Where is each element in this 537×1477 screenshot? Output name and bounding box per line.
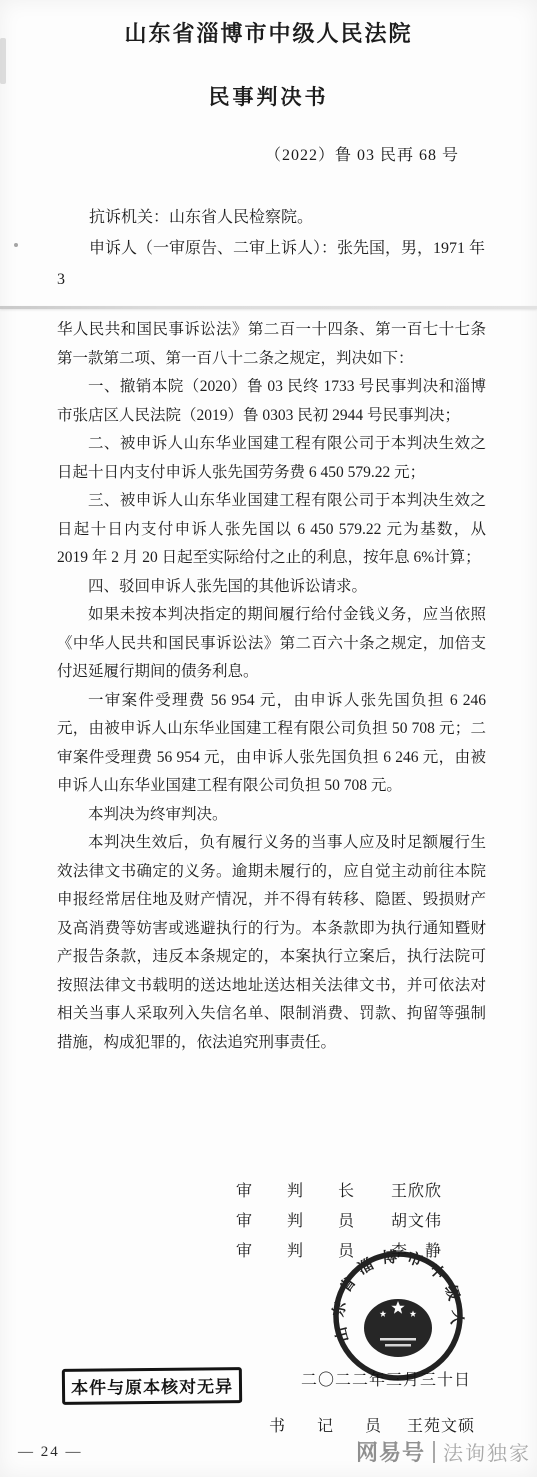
judgment-item-1: 一、撤销本院（2020）鲁 03 民终 1733 号民事判决和淄博市张店区人民法… — [57, 373, 486, 430]
presiding-judge-name: 王欣欣 — [391, 1177, 475, 1207]
watermark-label: 法询独家 — [443, 1437, 531, 1466]
judgment-document-page: 山东省淄博市中级人民法院 民事判决书 （2022）鲁 03 民再 68 号 抗诉… — [0, 0, 537, 1477]
judge-name: 胡文伟 — [391, 1207, 475, 1237]
scan-artifact-dot — [14, 243, 18, 247]
clerk-row: 书 记 员 王苑文硕 — [0, 1416, 537, 1438]
document-type-title: 民事判决书 — [0, 81, 537, 111]
watermark-divider-bar — [433, 1441, 435, 1463]
clerk-role: 书 记 员 — [269, 1416, 381, 1438]
national-emblem-icon — [364, 1299, 432, 1357]
presiding-judge-row: 审 判 长 王欣欣 — [0, 1177, 537, 1207]
scan-artifact-smear — [0, 38, 6, 84]
court-seal-stamp: 山东省淄博市中级人民法院 — [328, 1246, 468, 1386]
judge-role: 审 判 员 — [236, 1207, 355, 1237]
watermark-brand: 网易号 — [356, 1436, 425, 1467]
watermark: 网易号 法询独家 — [356, 1436, 531, 1467]
court-name: 山东省淄博市中级人民法院 — [0, 0, 537, 48]
court-fees-paragraph: 一审案件受理费 56 954 元，由申诉人张先国负担 6 246 元，由被申诉人… — [57, 687, 486, 801]
judge-row: 审 判 员 胡文伟 — [0, 1207, 537, 1237]
petitioner-line: 申诉人（一审原告、二审上诉人）：张先国，男，1971 年 3 — [57, 233, 487, 295]
page-break-divider — [0, 306, 537, 309]
interest-clause-paragraph: 如果未按本判决指定的期间履行给付金钱义务，应当依照《中华人民共和国民事诉讼法》第… — [57, 601, 486, 687]
judgment-item-3: 三、被申诉人山东华业国建工程有限公司于本判决生效之日起十日内支付申诉人张先国以 … — [57, 487, 486, 573]
final-judgment-line: 本判决为终审判决。 — [57, 801, 486, 830]
protest-organ-line: 抗诉机关：山东省人民检察院。 — [57, 202, 487, 233]
enforcement-notice-paragraph: 本判决生效后，负有履行义务的当事人应及时足额履行生效法律文书确定的义务。逾期未履… — [57, 829, 486, 1057]
clerk-name: 王苑文硕 — [407, 1416, 475, 1438]
presiding-judge-role: 审 判 长 — [236, 1177, 355, 1207]
case-number: （2022）鲁 03 民再 68 号 — [0, 142, 537, 165]
judgment-body: 华人民共和国民事诉讼法》第二百一十四条、第一百七十七条第一款第二项、第一百八十二… — [0, 316, 537, 1057]
party-section: 抗诉机关：山东省人民检察院。 申诉人（一审原告、二审上诉人）：张先国，男，197… — [0, 202, 537, 295]
judgment-paragraph: 华人民共和国民事诉讼法》第二百一十四条、第一百七十七条第一款第二项、第一百八十二… — [57, 316, 486, 373]
page-number: — 24 — — [18, 1444, 83, 1461]
judgment-item-4: 四、驳回申诉人张先国的其他诉讼请求。 — [57, 573, 486, 602]
judgment-item-2: 二、被申诉人山东华业国建工程有限公司于本判决生效之日起十日内支付申诉人张先国劳务… — [57, 430, 486, 487]
